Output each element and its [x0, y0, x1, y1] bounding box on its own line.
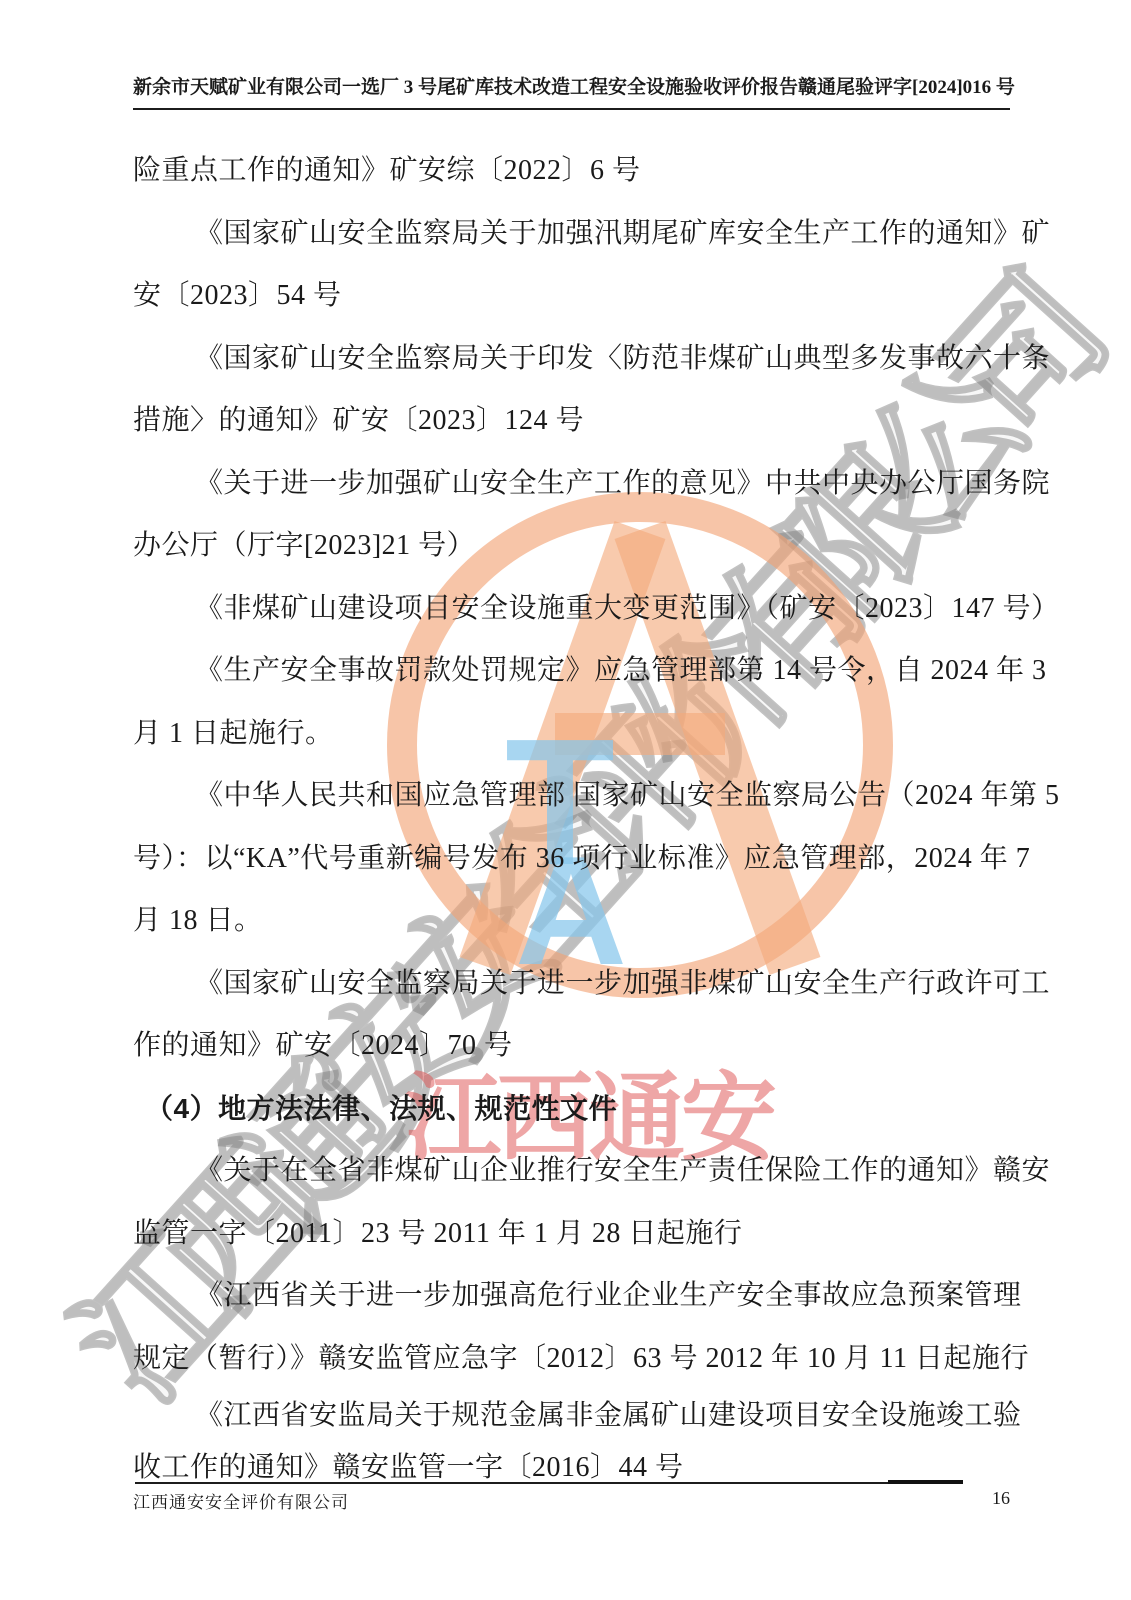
- body-text: 险重点工作的通知》矿安综〔2022〕6 号《国家矿山安全监察局关于加强汛期尾矿库…: [133, 140, 1038, 1494]
- header-doc-number: 赣通尾验评字[2024]016 号: [798, 72, 1015, 99]
- body-line: 《非煤矿山建设项目安全设施重大变更范围》（矿安〔2023〕147 号）: [133, 578, 1038, 641]
- body-line: 《关于在全省非煤矿山企业推行安全生产责任保险工作的通知》赣安: [133, 1140, 1038, 1203]
- body-line: 《中华人民共和国应急管理部 国家矿山安全监察局公告（2024 年第 5: [133, 765, 1038, 828]
- header-report-title: 新余市天赋矿业有限公司一选厂 3 号尾矿库技术改造工程安全设施验收评价报告: [133, 72, 798, 99]
- body-line: 《关于进一步加强矿山安全生产工作的意见》中共中央办公厅国务院: [133, 453, 1038, 516]
- body-line: 《江西省安监局关于规范金属非金属矿山建设项目安全设施竣工验: [133, 1390, 1038, 1442]
- body-line: 《国家矿山安全监察局关于加强汛期尾矿库安全生产工作的通知》矿: [133, 203, 1038, 266]
- body-line: 《国家矿山安全监察局关于进一步加强非煤矿山安全生产行政许可工: [133, 953, 1038, 1016]
- body-line: 《生产安全事故罚款处罚规定》应急管理部第 14 号令，自 2024 年 3: [133, 640, 1038, 703]
- body-line: 《江西省关于进一步加强高危行业企业生产安全事故应急预案管理: [133, 1265, 1038, 1328]
- body-line: 月 18 日。: [133, 890, 1038, 953]
- body-line: 监管一字〔2011〕23 号 2011 年 1 月 28 日起施行: [133, 1203, 1038, 1266]
- footer-company-name: 江西通安安全评价有限公司: [133, 1488, 349, 1513]
- page-header: 新余市天赋矿业有限公司一选厂 3 号尾矿库技术改造工程安全设施验收评价报告 赣通…: [133, 72, 1010, 110]
- page-number: 16: [992, 1488, 1010, 1513]
- body-line: 规定（暂行）》赣安监管应急字〔2012〕63 号 2012 年 10 月 11 …: [133, 1328, 1038, 1391]
- body-line: 措施〉的通知》矿安〔2023〕124 号: [133, 390, 1038, 453]
- body-line: 月 1 日起施行。: [133, 703, 1038, 766]
- footer-rule: [135, 1482, 963, 1484]
- body-line: 收工作的通知》赣安监管一字〔2016〕44 号: [133, 1442, 1038, 1494]
- document-page: 江西通安安全评价有限公司 T A 江西通安 新余市天赋矿业有限公司一选厂 3 号…: [0, 0, 1131, 1600]
- body-line: 号）：以“KA”代号重新编号发布 36 项行业标准》应急管理部，2024 年 7: [133, 828, 1038, 891]
- body-line: 安〔2023〕54 号: [133, 265, 1038, 328]
- body-line: 险重点工作的通知》矿安综〔2022〕6 号: [133, 140, 1038, 203]
- section-heading: （4）地方法法律、法规、规范性文件: [133, 1078, 1038, 1141]
- body-line: 《国家矿山安全监察局关于印发〈防范非煤矿山典型多发事故六十条: [133, 328, 1038, 391]
- page-footer: 江西通安安全评价有限公司 16: [133, 1488, 1010, 1513]
- body-line: 办公厅（厅字[2023]21 号）: [133, 515, 1038, 578]
- body-line: 作的通知》矿安〔2024〕70 号: [133, 1015, 1038, 1078]
- footer-rule-thick-segment: [888, 1480, 963, 1484]
